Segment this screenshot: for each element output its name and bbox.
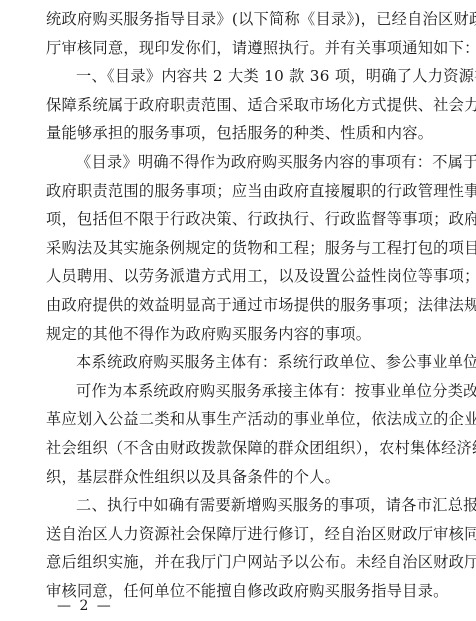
section-one-heading-line: 一、《目录》内容共 2 大类 10 款 36 项，明确了人力资源社会 <box>46 62 444 91</box>
text-line: 统政府购买服务指导目录》(以下简称《目录》)，已经自治区财政 <box>46 5 444 34</box>
text-line: 织，基层群众性组织以及具备条件的个人。 <box>46 463 444 492</box>
text-line: 意后组织实施，并在我厅门户网站予以公布。未经自治区财政厅 <box>46 548 444 577</box>
text-line: 人员聘用、以劳务派遣方式用工，以及设置公益性岗位等事项； <box>46 262 444 291</box>
document-page: 统政府购买服务指导目录》(以下简称《目录》)，已经自治区财政 厅审核同意，现印发… <box>0 0 476 621</box>
text-line: 革应划入公益二类和从事生产活动的事业单位，依法成立的企业、 <box>46 405 444 434</box>
paragraph-start-line: 《目录》明确不得作为政府购买服务内容的事项有：不属于 <box>46 148 444 177</box>
text-line: 社会组织（不含由财政拨款保障的群众团组织），农村集体经济组 <box>46 434 444 463</box>
text-line: 保障系统属于政府职责范围、适合采取市场化方式提供、社会力 <box>46 91 444 120</box>
document-body: 统政府购买服务指导目录》(以下简称《目录》)，已经自治区财政 厅审核同意，现印发… <box>46 5 444 605</box>
paragraph-start-line: 可作为本系统政府购买服务承接主体有：按事业单位分类改 <box>46 377 444 406</box>
text-line: 厅审核同意，现印发你们，请遵照执行。并有关事项通知如下： <box>46 34 444 63</box>
text-line: 规定的其他不得作为政府购买服务内容的事项。 <box>46 320 444 349</box>
section-two-heading-line: 二、执行中如确有需要新增购买服务的事项，请各市汇总报 <box>46 491 444 520</box>
text-line: 送自治区人力资源社会保障厅进行修订，经自治区财政厅审核同 <box>46 520 444 549</box>
text-line: 采购法及其实施条例规定的货物和工程；服务与工程打包的项目； <box>46 234 444 263</box>
text-line: 政府职责范围的服务事项；应当由政府直接履职的行政管理性事 <box>46 177 444 206</box>
text-line: 项，包括但不限于行政决策、行政执行、行政监督等事项；政府 <box>46 205 444 234</box>
paragraph-start-line: 本系统政府购买服务主体有：系统行政单位、参公事业单位。 <box>46 348 444 377</box>
text-line: 量能够承担的服务事项，包括服务的种类、性质和内容。 <box>46 119 444 148</box>
text-line: 由政府提供的效益明显高于通过市场提供的服务事项；法律法规 <box>46 291 444 320</box>
page-number: — 2 — <box>57 596 113 616</box>
